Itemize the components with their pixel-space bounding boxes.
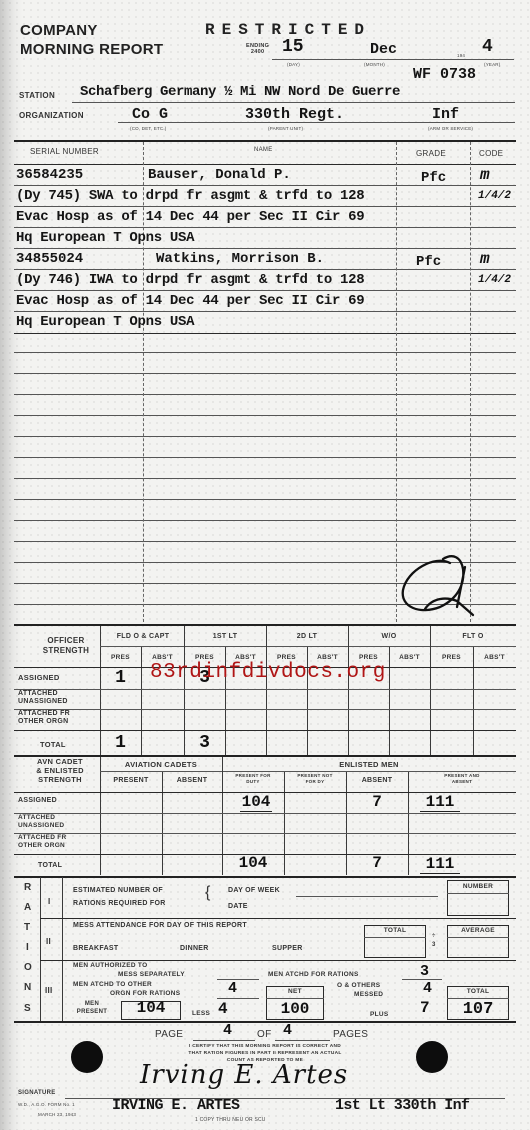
rations-letter: R: [24, 882, 32, 893]
mess-total-label: TOTAL: [364, 927, 426, 934]
enlisted-assigned-present-duty: 104: [240, 793, 272, 812]
estimated-rations-line1: ESTIMATED NUMBER OF: [73, 887, 163, 894]
org-service: Inf: [432, 106, 459, 123]
enlisted-sub-cadets-absent: ABSENT: [162, 777, 222, 784]
enlisted-row-total: TOTAL: [38, 862, 62, 869]
form-title-line2: MORNING REPORT: [20, 41, 163, 58]
officer-sub-abst: ABS'T: [225, 654, 266, 661]
others-messed-line1: O & OTHERS: [337, 982, 380, 989]
form-number: W.D., A.G.O. FORM No. 1: [18, 1102, 75, 1107]
men-atchd-other-line2: ORGN FOR RATIONS: [110, 990, 180, 997]
officer-group-1st-lt: 1ST LT: [184, 633, 266, 640]
rations-letter: O: [24, 962, 32, 973]
men-atchd-other-line1: MEN ATCHD TO OTHER: [73, 981, 152, 988]
officer-row-total: TOTAL: [40, 740, 66, 749]
men-authorized-line1: MEN AUTHORIZED TO: [73, 962, 147, 969]
officer-sub-pres: PRES: [430, 654, 473, 661]
certify-line-2: THAT RATION FIGURES IN PART II REPRESENT…: [130, 1050, 400, 1057]
org-caption-company: (CO, DET, ETC.): [130, 126, 167, 131]
signature-label: SIGNATURE: [18, 1090, 56, 1096]
col-grade: GRADE: [416, 149, 446, 158]
signer-grade: 1st Lt 330th Inf: [335, 1097, 469, 1114]
org-parent-unit: 330th Regt.: [245, 106, 344, 123]
final-total-value: 107: [447, 1000, 509, 1019]
day-of-week-line: [296, 896, 438, 897]
roster-remark-2b: Evac Hosp as of 14 Dec 44 per Sec II Cir…: [16, 293, 364, 309]
ending-label-2: 2400: [246, 49, 269, 55]
officer-strength-title: OFFICER STRENGTH: [31, 636, 101, 656]
station-underline: [72, 102, 515, 103]
year-caption: (YEAR): [484, 62, 500, 67]
rations-part-3: III: [45, 986, 53, 995]
roster-serial-2: 34855024: [16, 251, 83, 267]
divide-by-three: ÷ 3: [432, 932, 440, 950]
report-day: 15: [282, 37, 304, 57]
report-year: 4: [482, 37, 493, 57]
roster-grade-2: Pfc: [416, 254, 441, 270]
officer-group-2d-lt: 2D LT: [266, 633, 348, 640]
estimated-rations-line2: RATIONS REQUIRED FOR: [73, 900, 166, 907]
initials-mark-icon: [395, 545, 495, 620]
enlisted-total-absent: 7: [346, 854, 408, 872]
rations-letter: N: [24, 982, 32, 993]
year-prefix: 194: [457, 53, 465, 58]
pages-label: PAGES: [333, 1029, 368, 1040]
enlisted-sub-present-for-duty: PRESENT FOR DUTY: [222, 773, 284, 785]
roster-code-1: m: [480, 166, 490, 184]
signer-name: IRVING E. ARTES: [112, 1097, 240, 1114]
group-aviation-cadets: AVIATION CADETS: [100, 760, 222, 769]
morning-report-page: COMPANY MORNING REPORT RESTRICTED ENDING…: [0, 0, 530, 1130]
roster-top-rule: [14, 140, 516, 142]
officer-group-fld-o-capt: FLD O & CAPT: [102, 633, 184, 640]
men-present-label-2: PRESENT: [68, 1008, 116, 1016]
report-month: Dec: [370, 41, 397, 58]
enlisted-sub-cadets-present: PRESENT: [100, 777, 162, 784]
month-caption: (MONTH): [364, 62, 385, 67]
org-company: Co G: [132, 106, 168, 123]
officer-sub-pres: PRES: [348, 654, 389, 661]
enlisted-strength-title: AVN CADET & ENLISTED STRENGTH: [22, 757, 98, 784]
total-pages: 4: [283, 1022, 292, 1039]
roster-header-rule: [14, 164, 516, 165]
roster-remark-2a: (Dy 746) IWA to drpd fr asgmt & trfd to …: [16, 272, 364, 288]
roster-code-2: m: [480, 250, 490, 268]
binder-hole-left-icon: [71, 1041, 103, 1073]
enlisted-total-present-duty: 104: [222, 854, 284, 872]
rations-letter: S: [24, 1003, 31, 1014]
roster-grade-1: Pfc: [421, 170, 446, 186]
men-atchd-for-rations-value: 3: [420, 963, 429, 980]
men-authorized-line2: MESS SEPARATELY: [118, 971, 185, 978]
officer-total-fld-pres: 1: [100, 733, 141, 753]
signature-script: Irving E. Artes: [140, 1060, 348, 1090]
mess-attendance-label: MESS ATTENDANCE FOR DAY OF THIS REPORT: [73, 922, 247, 929]
roster-serial-1: 36584235: [16, 167, 83, 183]
form-title-line1: COMPANY: [20, 22, 98, 39]
officer-top-rule: [14, 624, 516, 626]
page-label: PAGE: [155, 1029, 183, 1040]
officer-title-2: STRENGTH: [31, 646, 101, 656]
reference-number: WF 0738: [413, 66, 476, 83]
average-label: AVERAGE: [447, 927, 509, 934]
of-label: OF: [257, 1029, 272, 1040]
officer-sub-abst: ABS'T: [141, 654, 184, 661]
men-atchd-for-rations-label: MEN ATCHD FOR RATIONS: [268, 971, 359, 978]
date-label: DATE: [228, 903, 248, 910]
enlisted-title-3: STRENGTH: [22, 775, 98, 784]
enlisted-row-assigned: ASSIGNED: [18, 797, 57, 804]
copy-note: 1 COPY THRU NEU OR SCU: [195, 1117, 266, 1123]
page-number: 4: [223, 1022, 232, 1039]
rations-letter: A: [24, 902, 32, 913]
less-label: LESS: [192, 1010, 210, 1017]
col-name: NAME: [254, 147, 273, 153]
officer-row-attached-unassigned: ATTACHED UNASSIGNED: [18, 690, 88, 706]
men-present-label-1: MEN: [68, 1000, 116, 1008]
officer-row-attached-other: ATTACHED FR OTHER ORGN: [18, 710, 88, 726]
men-present-value: 104: [121, 999, 181, 1017]
enlisted-sub-present-and-absent: PRESENT AND ABSENT: [408, 773, 516, 785]
officer-title-1: OFFICER: [31, 636, 101, 646]
men-atchd-other-value: 4: [228, 980, 237, 997]
rations-part-2: II: [46, 937, 51, 946]
watermark-text: 83rdinfdivdocs.org: [150, 661, 386, 684]
men-present-label: MEN PRESENT: [68, 1000, 116, 1016]
roster-remark-1a: (Dy 745) SWA to drpd fr asgmt & trfd to …: [16, 188, 364, 204]
enlisted-assigned-present-absent: 111: [420, 793, 460, 812]
others-messed-line2: MESSED: [354, 991, 383, 998]
officer-sub-pres: PRES: [266, 654, 307, 661]
dinner-label: DINNER: [180, 945, 209, 952]
station-label: STATION: [19, 91, 55, 100]
officer-sub-abst: ABS'T: [389, 654, 430, 661]
rations-letter: I: [26, 942, 29, 953]
net-label: NET: [266, 988, 324, 995]
binder-hole-right-icon: [416, 1041, 448, 1073]
enlisted-row-attached-other: ATTACHED FR OTHER ORGN: [18, 834, 90, 850]
officer-row-assigned: ASSIGNED: [18, 673, 60, 682]
officer-sub-abst: ABS'T: [307, 654, 348, 661]
enlisted-sub-absent: ABSENT: [346, 777, 408, 784]
certify-line-1: I CERTIFY THAT THIS MORNING REPORT IS CO…: [130, 1043, 400, 1050]
officer-assigned-fld-pres: 1: [100, 668, 141, 688]
final-total-label: TOTAL: [447, 988, 509, 995]
number-label: NUMBER: [447, 883, 509, 890]
ending-label: ENDING 2400: [246, 43, 269, 55]
brace: {: [205, 884, 211, 902]
date-underline: [272, 59, 514, 60]
org-caption-parent: (PARENT UNIT): [268, 126, 303, 131]
station-value: Schafberg Germany ½ Mi NW Nord De Guerre: [80, 84, 400, 100]
enlisted-sub-present-not-for-duty: PRESENT NOT FOR DY: [284, 773, 346, 785]
officer-group-flt-o: FLT O: [430, 633, 516, 640]
organization-label: ORGANIZATION: [19, 111, 84, 120]
officer-sub-abst: ABS'T: [473, 654, 516, 661]
officer-sub-pres: PRES: [184, 654, 225, 661]
plus-label: PLUS: [370, 1011, 389, 1018]
roster-remark-2c: Hq European T Opns USA: [16, 314, 194, 330]
officer-total-1stlt-pres: 3: [184, 733, 225, 753]
rations-letter: T: [24, 922, 30, 933]
others-messed-value: 4: [423, 980, 432, 997]
roster-remark-1b: Evac Hosp as of 14 Dec 44 per Sec II Cir…: [16, 209, 364, 225]
enlisted-title-2: & ENLISTED: [22, 766, 98, 775]
roster-code-2b: 1/4/2: [478, 274, 511, 286]
less-value: 4: [218, 1000, 228, 1018]
enlisted-total-present-absent: 111: [420, 855, 460, 874]
rations-part-1: I: [48, 897, 51, 906]
officer-sub-pres: PRES: [100, 654, 141, 661]
roster-name-1: Bauser, Donald P.: [148, 167, 291, 183]
plus-value: 7: [420, 999, 430, 1017]
col-code: CODE: [479, 149, 503, 158]
enlisted-row-attached-unassigned: ATTACHED UNASSIGNED: [18, 814, 90, 830]
org-caption-service: (ARM OR SERVICE): [428, 126, 473, 131]
col-serial-number: SERIAL NUMBER: [30, 147, 99, 156]
officer-group-wo: W/O: [348, 633, 430, 640]
group-enlisted-men: ENLISTED MEN: [222, 760, 516, 769]
form-date: MARCH 23, 1943: [38, 1112, 76, 1117]
day-caption: (DAY): [287, 62, 300, 67]
roster-code-1b: 1/4/2: [478, 190, 511, 202]
enlisted-assigned-absent: 7: [346, 793, 408, 811]
day-of-week-label: DAY OF WEEK: [228, 887, 280, 894]
supper-label: SUPPER: [272, 945, 303, 952]
enlisted-title-1: AVN CADET: [22, 757, 98, 766]
roster-name-2: Watkins, Morrison B.: [156, 251, 324, 267]
breakfast-label: BREAKFAST: [73, 945, 118, 952]
roster-remark-1c: Hq European T Opns USA: [16, 230, 194, 246]
net-value: 100: [266, 1000, 324, 1018]
